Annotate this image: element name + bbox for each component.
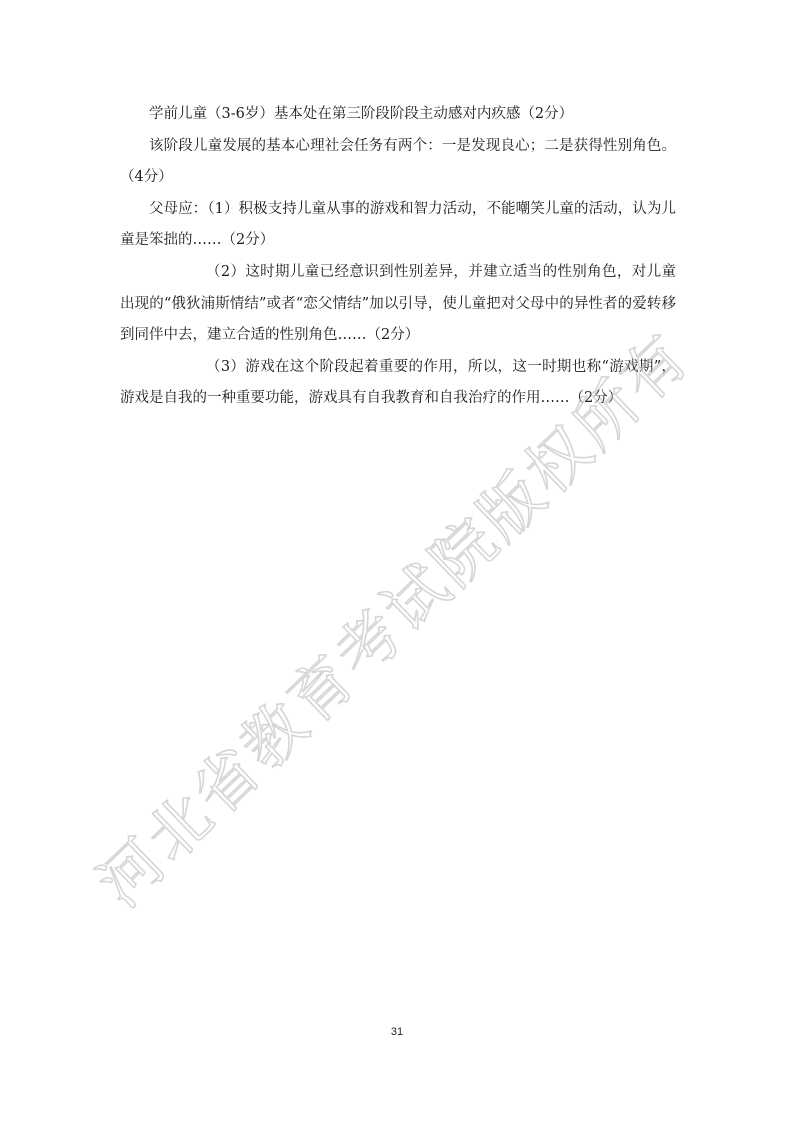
copyright-watermark: 河北省教育考试院版权所有 bbox=[75, 331, 684, 923]
paragraph-parents-3: （3）游戏在这个阶段起着重要的作用，所以，这一时期也称“游戏期”，游戏是自我的一… bbox=[120, 352, 676, 415]
paragraph-parents-2: （2）这时期儿童已经意识到性别差异，并建立适当的性别角色，对儿童出现的“俄狄浦斯… bbox=[120, 257, 676, 352]
paragraph-parents-1: 父母应：（1）积极支持儿童从事的游戏和智力活动，不能嘲笑儿童的活动，认为儿童是笨… bbox=[120, 194, 676, 257]
page-number: 31 bbox=[0, 1026, 794, 1038]
paragraph-stage: 学前儿童（3-6岁）基本处在第三阶段阶段主动感对内疚感（2分） bbox=[120, 99, 676, 131]
answer-body: 学前儿童（3-6岁）基本处在第三阶段阶段主动感对内疚感（2分） 该阶段儿童发展的… bbox=[120, 99, 676, 415]
document-page: 学前儿童（3-6岁）基本处在第三阶段阶段主动感对内疚感（2分） 该阶段儿童发展的… bbox=[0, 0, 794, 1123]
paragraph-tasks: 该阶段儿童发展的基本心理社会任务有两个：一是发现良心；二是获得性别角色。（4分） bbox=[120, 131, 676, 194]
